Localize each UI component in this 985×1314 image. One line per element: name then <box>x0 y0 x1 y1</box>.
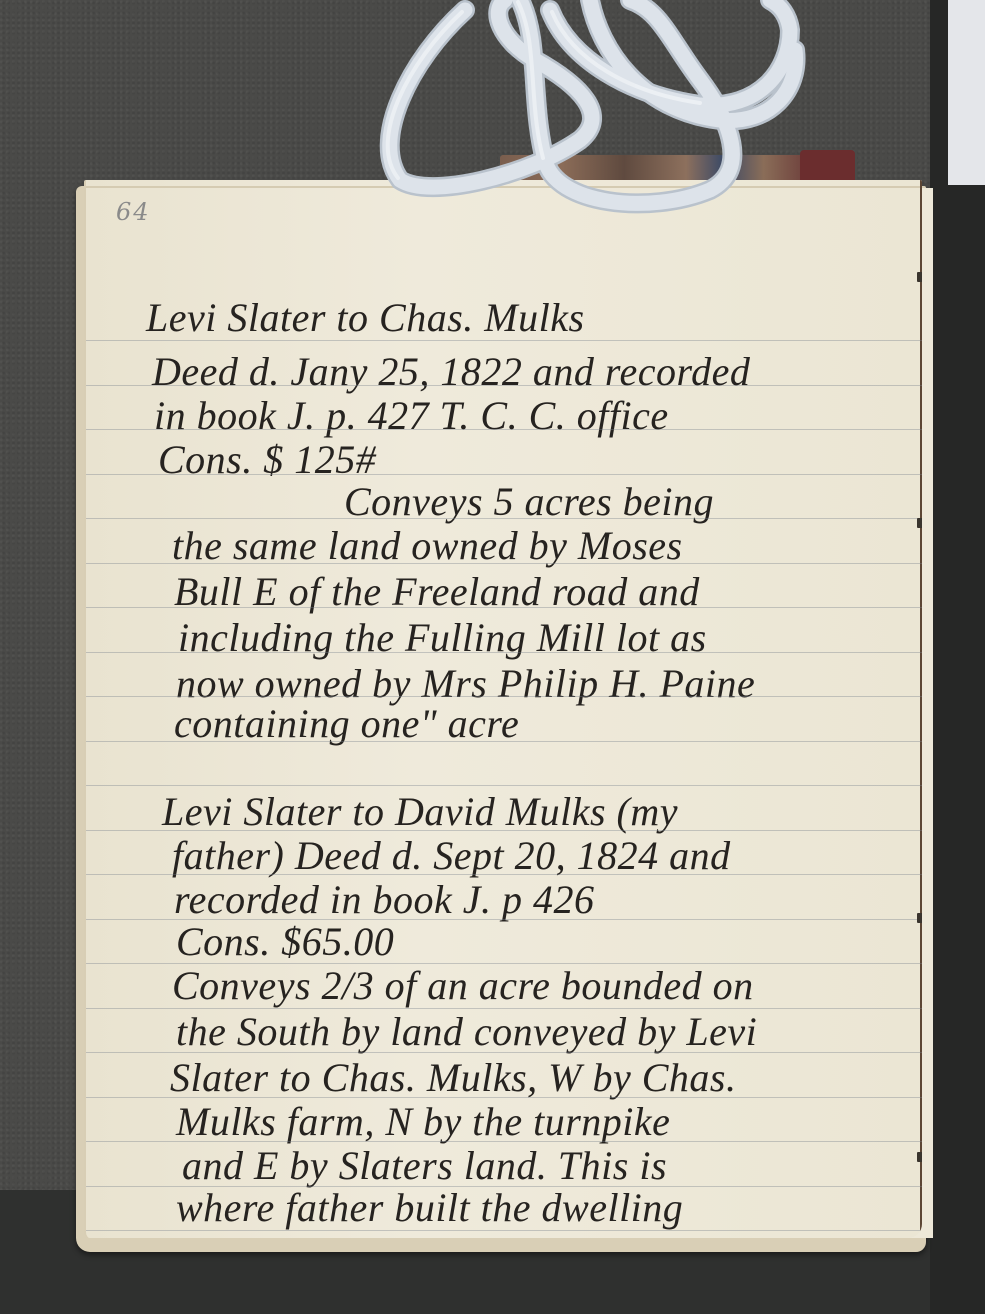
handwritten-line: Slater to Chas. Mulks, W by Chas. <box>170 1058 736 1098</box>
ruled-line <box>86 1008 922 1009</box>
notebook-page: 64 Levi Slater to Chas. MulksDeed d. Jan… <box>84 180 922 1238</box>
binding-stitch <box>917 1152 922 1162</box>
ruled-line <box>86 874 922 875</box>
binding-stitch <box>917 272 922 282</box>
ruled-line <box>86 563 922 564</box>
binding-stitch <box>917 913 922 923</box>
marbled-cover-edge <box>500 155 810 181</box>
page-number: 64 <box>116 198 151 226</box>
handwritten-line: where father built the dwelling <box>176 1188 683 1228</box>
page-top-edge <box>86 186 922 188</box>
handwritten-line: the same land owned by Moses <box>172 526 683 566</box>
ruled-line <box>86 1186 922 1187</box>
ruled-line <box>86 1097 922 1098</box>
ruled-line <box>86 1052 922 1053</box>
adjacent-book-shadow <box>930 0 985 1314</box>
handwritten-line: Mulks farm, N by the turnpike <box>176 1102 670 1142</box>
ruled-line <box>86 696 922 697</box>
ruled-line <box>86 340 922 341</box>
ruled-line <box>86 919 922 920</box>
binding-stitch <box>917 518 922 528</box>
handwritten-line: Bull E of the Freeland road and <box>174 572 700 612</box>
ruled-line <box>86 1230 922 1231</box>
ruled-line <box>86 1141 922 1142</box>
ruled-line <box>86 741 922 742</box>
handwritten-line: and E by Slaters land. This is <box>182 1146 667 1186</box>
ruled-line <box>86 385 922 386</box>
handwritten-line: containing one" acre <box>174 704 519 744</box>
handwritten-line: Levi Slater to David Mulks (my <box>162 792 678 832</box>
page-gutter <box>920 180 922 1238</box>
handwritten-line: recorded in book J. p 426 <box>174 880 595 920</box>
handwritten-line: in book J. p. 427 T. C. C. office <box>154 396 669 436</box>
ruled-line <box>86 429 922 430</box>
red-cover-corner <box>800 150 855 182</box>
ruled-line <box>86 963 922 964</box>
handwritten-line: the South by land conveyed by Levi <box>176 1012 757 1052</box>
ruled-line <box>86 652 922 653</box>
white-card <box>948 0 985 185</box>
ruled-line <box>86 607 922 608</box>
handwritten-line: now owned by Mrs Philip H. Paine <box>176 664 755 704</box>
handwritten-line: father) Deed d. Sept 20, 1824 and <box>172 836 731 876</box>
handwritten-line: Conveys 5 acres being <box>344 482 714 522</box>
ruled-line <box>86 518 922 519</box>
handwritten-line: Deed d. Jany 25, 1822 and recorded <box>152 352 750 392</box>
handwritten-line: Conveys 2/3 of an acre bounded on <box>172 966 754 1006</box>
ruled-line <box>86 474 922 475</box>
handwritten-line: Levi Slater to Chas. Mulks <box>146 298 585 338</box>
handwritten-line: Cons. $65.00 <box>176 922 394 962</box>
ruled-line <box>86 830 922 831</box>
ruled-line <box>86 785 922 786</box>
